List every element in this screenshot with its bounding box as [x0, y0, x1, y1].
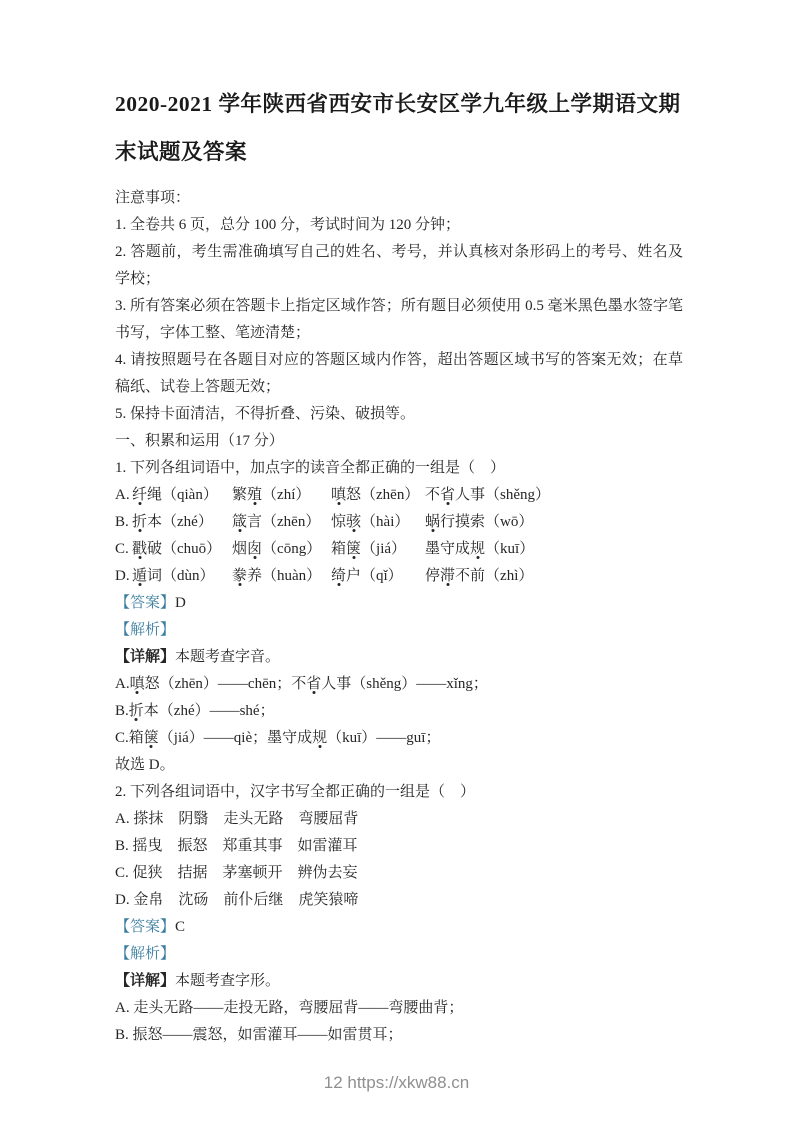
- option-word: 嗔怒（zhēn）: [331, 482, 425, 509]
- option-word: 绮户（qǐ）: [331, 563, 425, 590]
- option-word: 纤绳（qiàn）: [132, 482, 232, 509]
- option-letter: B.: [115, 509, 132, 536]
- notice-item: 2. 答题前，考生需准确填写自己的姓名、考号，并认真核对条形码上的考号、姓名及学…: [115, 239, 683, 293]
- option-word: 墨守成规（kuī）: [425, 536, 683, 563]
- q2-option-c: C. 促狭 拮据 茅塞顿开 辨伪去妄: [115, 860, 683, 887]
- option-word: 折本（zhé）: [132, 509, 232, 536]
- q1-detail-b: B.折本（zhé）——shé；: [115, 698, 683, 725]
- notice-item: 1. 全卷共 6 页，总分 100 分，考试时间为 120 分钟；: [115, 212, 683, 239]
- q2-detail-a: A. 走头无路——走投无路，弯腰屈背——弯腰曲背；: [115, 995, 683, 1022]
- q1-stem: 1. 下列各组词语中，加点字的读音全都正确的一组是（ ）: [115, 455, 683, 482]
- page-title: 2020-2021 学年陕西省西安市长安区学九年级上学期语文期末试题及答案: [115, 80, 683, 176]
- detail-label: 【详解】: [115, 649, 175, 665]
- q1-conclusion: 故选 D。: [115, 752, 683, 779]
- option-word: 不省人事（shěng）: [425, 482, 683, 509]
- q1-option-row-a: A. 纤绳（qiàn） 繁殖（zhí） 嗔怒（zhēn） 不省人事（shěng）: [115, 482, 683, 509]
- q1-option-row-b: B. 折本（zhé） 箴言（zhēn） 惊骇（hài） 蜗行摸索（wō）: [115, 509, 683, 536]
- notice-item: 5. 保持卡面清洁，不得折叠、污染、破损等。: [115, 401, 683, 428]
- notice-item: 4. 请按照题号在各题目对应的答题区域内作答，超出答题区域书写的答案无效；在草稿…: [115, 347, 683, 401]
- document-page: 2020-2021 学年陕西省西安市长安区学九年级上学期语文期末试题及答案 注意…: [0, 0, 793, 1049]
- option-word: 戳破（chuō）: [132, 536, 232, 563]
- answer-value: C: [175, 919, 185, 935]
- analysis-label: 【解析】: [115, 622, 175, 638]
- option-word: 蜗行摸索（wō）: [425, 509, 683, 536]
- notice-item: 3. 所有答案必须在答题卡上指定区域作答；所有题目必须使用 0.5 毫米黑色墨水…: [115, 293, 683, 347]
- q1-option-row-d: D. 遁词（dùn） 豢养（huàn） 绮户（qǐ） 停滞不前（zhì）: [115, 563, 683, 590]
- detail-label: 【详解】: [115, 973, 175, 989]
- notice-heading: 注意事项：: [115, 185, 683, 212]
- option-word: 烟囱（cōng）: [232, 536, 331, 563]
- q2-stem: 2. 下列各组词语中，汉字书写全都正确的一组是（ ）: [115, 779, 683, 806]
- option-word: 惊骇（hài）: [331, 509, 425, 536]
- q1-detail-a: A.嗔怒（zhēn）——chēn；不省人事（shěng）——xǐng；: [115, 671, 683, 698]
- analysis-label: 【解析】: [115, 946, 175, 962]
- answer-label: 【答案】: [115, 919, 175, 935]
- q1-answer-line: 【答案】D: [115, 590, 683, 617]
- q2-detail-b: B. 振怒——震怒，如雷灌耳——如雷贯耳；: [115, 1022, 683, 1049]
- detail-intro: 本题考查字形。: [175, 973, 280, 989]
- option-letter: A.: [115, 482, 132, 509]
- q1-analysis-line: 【解析】: [115, 617, 683, 644]
- q2-option-d: D. 金帛 沈砀 前仆后继 虎笑猿啼: [115, 887, 683, 914]
- q1-option-row-c: C. 戳破（chuō） 烟囱（cōng） 箱箧（jiá） 墨守成规（kuī）: [115, 536, 683, 563]
- q2-option-b: B. 摇曳 振怒 郑重其事 如雷灌耳: [115, 833, 683, 860]
- option-word: 繁殖（zhí）: [232, 482, 331, 509]
- option-word: 箱箧（jiá）: [331, 536, 425, 563]
- option-letter: D.: [115, 563, 132, 590]
- q2-analysis-line: 【解析】: [115, 941, 683, 968]
- option-word: 遁词（dùn）: [132, 563, 232, 590]
- q2-answer-line: 【答案】C: [115, 914, 683, 941]
- q1-detail-line: 【详解】本题考查字音。: [115, 644, 683, 671]
- section-heading: 一、积累和运用（17 分）: [115, 428, 683, 455]
- q2-detail-line: 【详解】本题考查字形。: [115, 968, 683, 995]
- option-word: 停滞不前（zhì）: [425, 563, 683, 590]
- answer-label: 【答案】: [115, 595, 175, 611]
- detail-intro: 本题考查字音。: [175, 649, 280, 665]
- q2-option-a: A. 搽抹 阴翳 走头无路 弯腰屈背: [115, 806, 683, 833]
- option-word: 箴言（zhēn）: [232, 509, 331, 536]
- option-letter: C.: [115, 536, 132, 563]
- footer-watermark: 12 https://xkw88.cn: [0, 1072, 793, 1094]
- option-word: 豢养（huàn）: [232, 563, 331, 590]
- answer-value: D: [175, 595, 186, 611]
- q1-detail-c: C.箱箧（jiá）——qiè；墨守成规（kuī）——guī；: [115, 725, 683, 752]
